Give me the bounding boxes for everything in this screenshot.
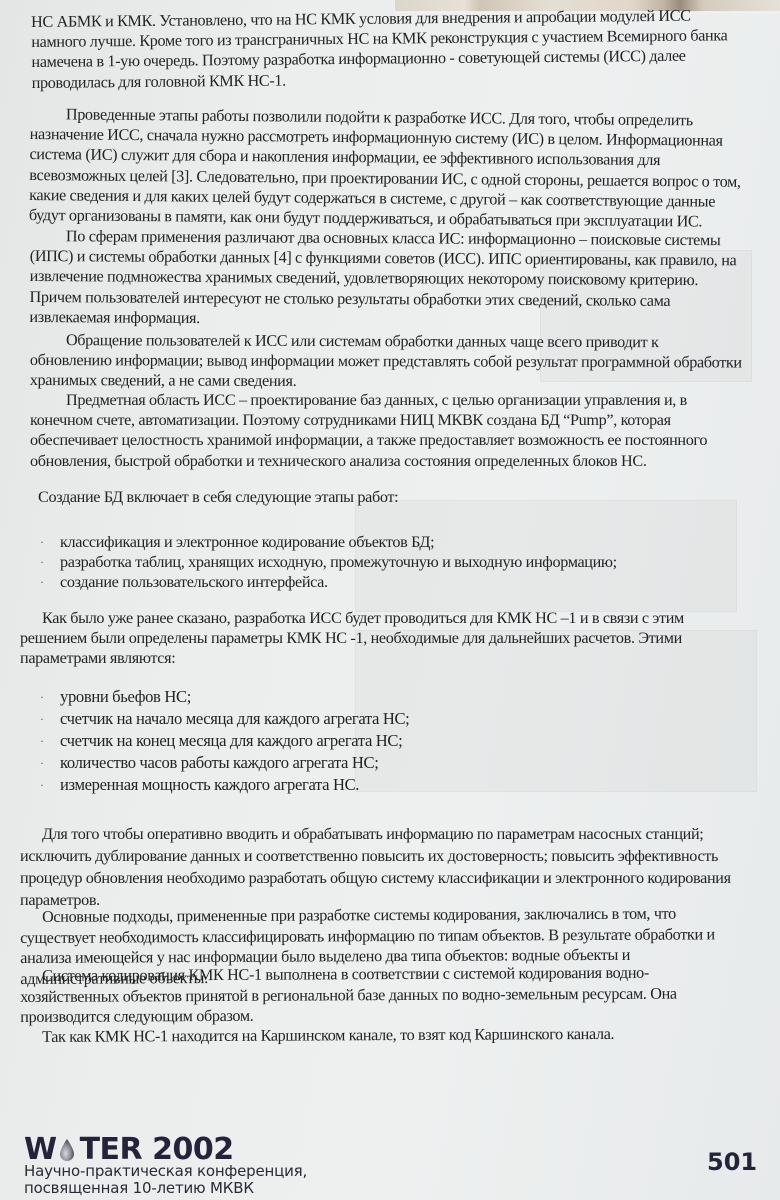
conference-line-1: Научно-практическая конференция, bbox=[24, 1163, 307, 1180]
text-line: Так как КМК НС-1 находится на Каршинском… bbox=[20, 1024, 614, 1047]
bullet-icon: · bbox=[40, 532, 44, 552]
document-page: НС АБМК и КМК. Установлено, что на НС КМ… bbox=[0, 0, 780, 1200]
bullet-icon: · bbox=[40, 774, 44, 796]
text-line: Создание БД включает в себя следующие эт… bbox=[38, 487, 398, 507]
paragraph-params-intro: Как было уже ранее сказано, разработка И… bbox=[20, 608, 684, 669]
logo-text-suffix: TER 2002 bbox=[80, 1135, 234, 1165]
paragraph-stages: Проведенные этапы работы позволили подой… bbox=[29, 104, 742, 232]
list-item: · измеренная мощность каждого агрегата Н… bbox=[0, 774, 409, 796]
list-item-text: количество часов работы каждого агрегата… bbox=[60, 753, 378, 772]
bullet-icon: · bbox=[40, 686, 44, 708]
list-item: · количество часов работы каждого агрега… bbox=[0, 752, 409, 774]
text-line: параметрами являются: bbox=[20, 648, 684, 668]
list-item: · счетчик на конец месяца для каждого аг… bbox=[0, 730, 409, 752]
conference-line-2: посвященная 10-летию МКВК bbox=[24, 1180, 307, 1197]
text-line: Предметная область ИСС – проектирование … bbox=[30, 390, 707, 410]
bullet-icon: · bbox=[40, 752, 44, 774]
paragraph-spheres: По сферам применения различают два основ… bbox=[29, 226, 736, 331]
list-item-text: счетчик на конец месяца для каждого агре… bbox=[60, 731, 402, 750]
text-line: обновлению информации; вывод информации … bbox=[30, 350, 742, 373]
paragraph-karshi: Так как КМК НС-1 находится на Каршинском… bbox=[20, 1024, 614, 1047]
list-item-text: классификация и электронное кодирование … bbox=[60, 533, 434, 551]
list-item-text: уровни бьефов НС; bbox=[60, 687, 191, 706]
text-line: процедур обновления необходимо разработа… bbox=[20, 867, 731, 889]
bullet-icon: · bbox=[40, 552, 44, 572]
list-item: · разработка таблиц, хранящих исходную, … bbox=[0, 552, 617, 572]
text-line: Как было уже ранее сказано, разработка И… bbox=[20, 608, 684, 628]
list-item-text: счетчик на начало месяца для каждого агр… bbox=[60, 709, 409, 728]
water-2002-logo: W TER 2002 bbox=[24, 1135, 234, 1165]
text-line: решением были определены параметры КМК Н… bbox=[20, 628, 684, 648]
text-line: хозяйственных объектов принятой в регион… bbox=[20, 983, 677, 1007]
paragraph-db-intro: Создание БД включает в себя следующие эт… bbox=[38, 487, 398, 507]
paragraph-users: Обращение пользователей к ИСС или систем… bbox=[30, 330, 742, 393]
text-line: исключить дублирование данных и соответс… bbox=[20, 845, 731, 867]
bullet-icon: · bbox=[40, 708, 44, 730]
list-item-text: создание пользовательского интерфейса. bbox=[60, 573, 328, 591]
paragraph-intro: НС АБМК и КМК. Установлено, что на НС КМ… bbox=[31, 5, 728, 92]
paragraph-coding: Система кодирования КМК НС-1 выполнена в… bbox=[20, 963, 677, 1028]
text-line: Основные подходы, примененные при разраб… bbox=[20, 903, 715, 927]
conference-caption: Научно-практическая конференция, посвяще… bbox=[24, 1163, 307, 1196]
bullet-icon: · bbox=[40, 730, 44, 752]
text-line: обеспечивает целостность хранимой информ… bbox=[30, 430, 707, 450]
text-line: Обращение пользователей к ИСС или систем… bbox=[30, 330, 742, 353]
bullet-icon: · bbox=[40, 572, 44, 592]
text-line: Система кодирования КМК НС-1 выполнена в… bbox=[20, 963, 677, 987]
list-item: · уровни бьефов НС; bbox=[0, 686, 409, 708]
db-stages-list: · классификация и электронное кодировани… bbox=[0, 532, 617, 593]
list-item: · классификация и электронное кодировани… bbox=[0, 532, 617, 552]
text-line: конечном счете, автоматизации. Поэтому с… bbox=[30, 410, 707, 430]
text-line: Для того чтобы оперативно вводить и обра… bbox=[20, 823, 731, 845]
parameters-list: · уровни бьефов НС; · счетчик на начало … bbox=[0, 686, 409, 796]
list-item: · создание пользовательского интерфейса. bbox=[0, 572, 617, 592]
water-drop-icon bbox=[58, 1138, 76, 1162]
paragraph-subject: Предметная область ИСС – проектирование … bbox=[30, 390, 707, 471]
logo-text-prefix: W bbox=[24, 1135, 57, 1165]
list-item-text: разработка таблиц, хранящих исходную, пр… bbox=[60, 553, 617, 571]
page-number: 501 bbox=[707, 1148, 757, 1176]
text-line: обновления, быстрой обработки и техничес… bbox=[30, 451, 707, 471]
list-item-text: измеренная мощность каждого агрегата НС. bbox=[60, 775, 359, 794]
paragraph-operative: Для того чтобы оперативно вводить и обра… bbox=[20, 823, 731, 911]
list-item: · счетчик на начало месяца для каждого а… bbox=[0, 708, 409, 730]
